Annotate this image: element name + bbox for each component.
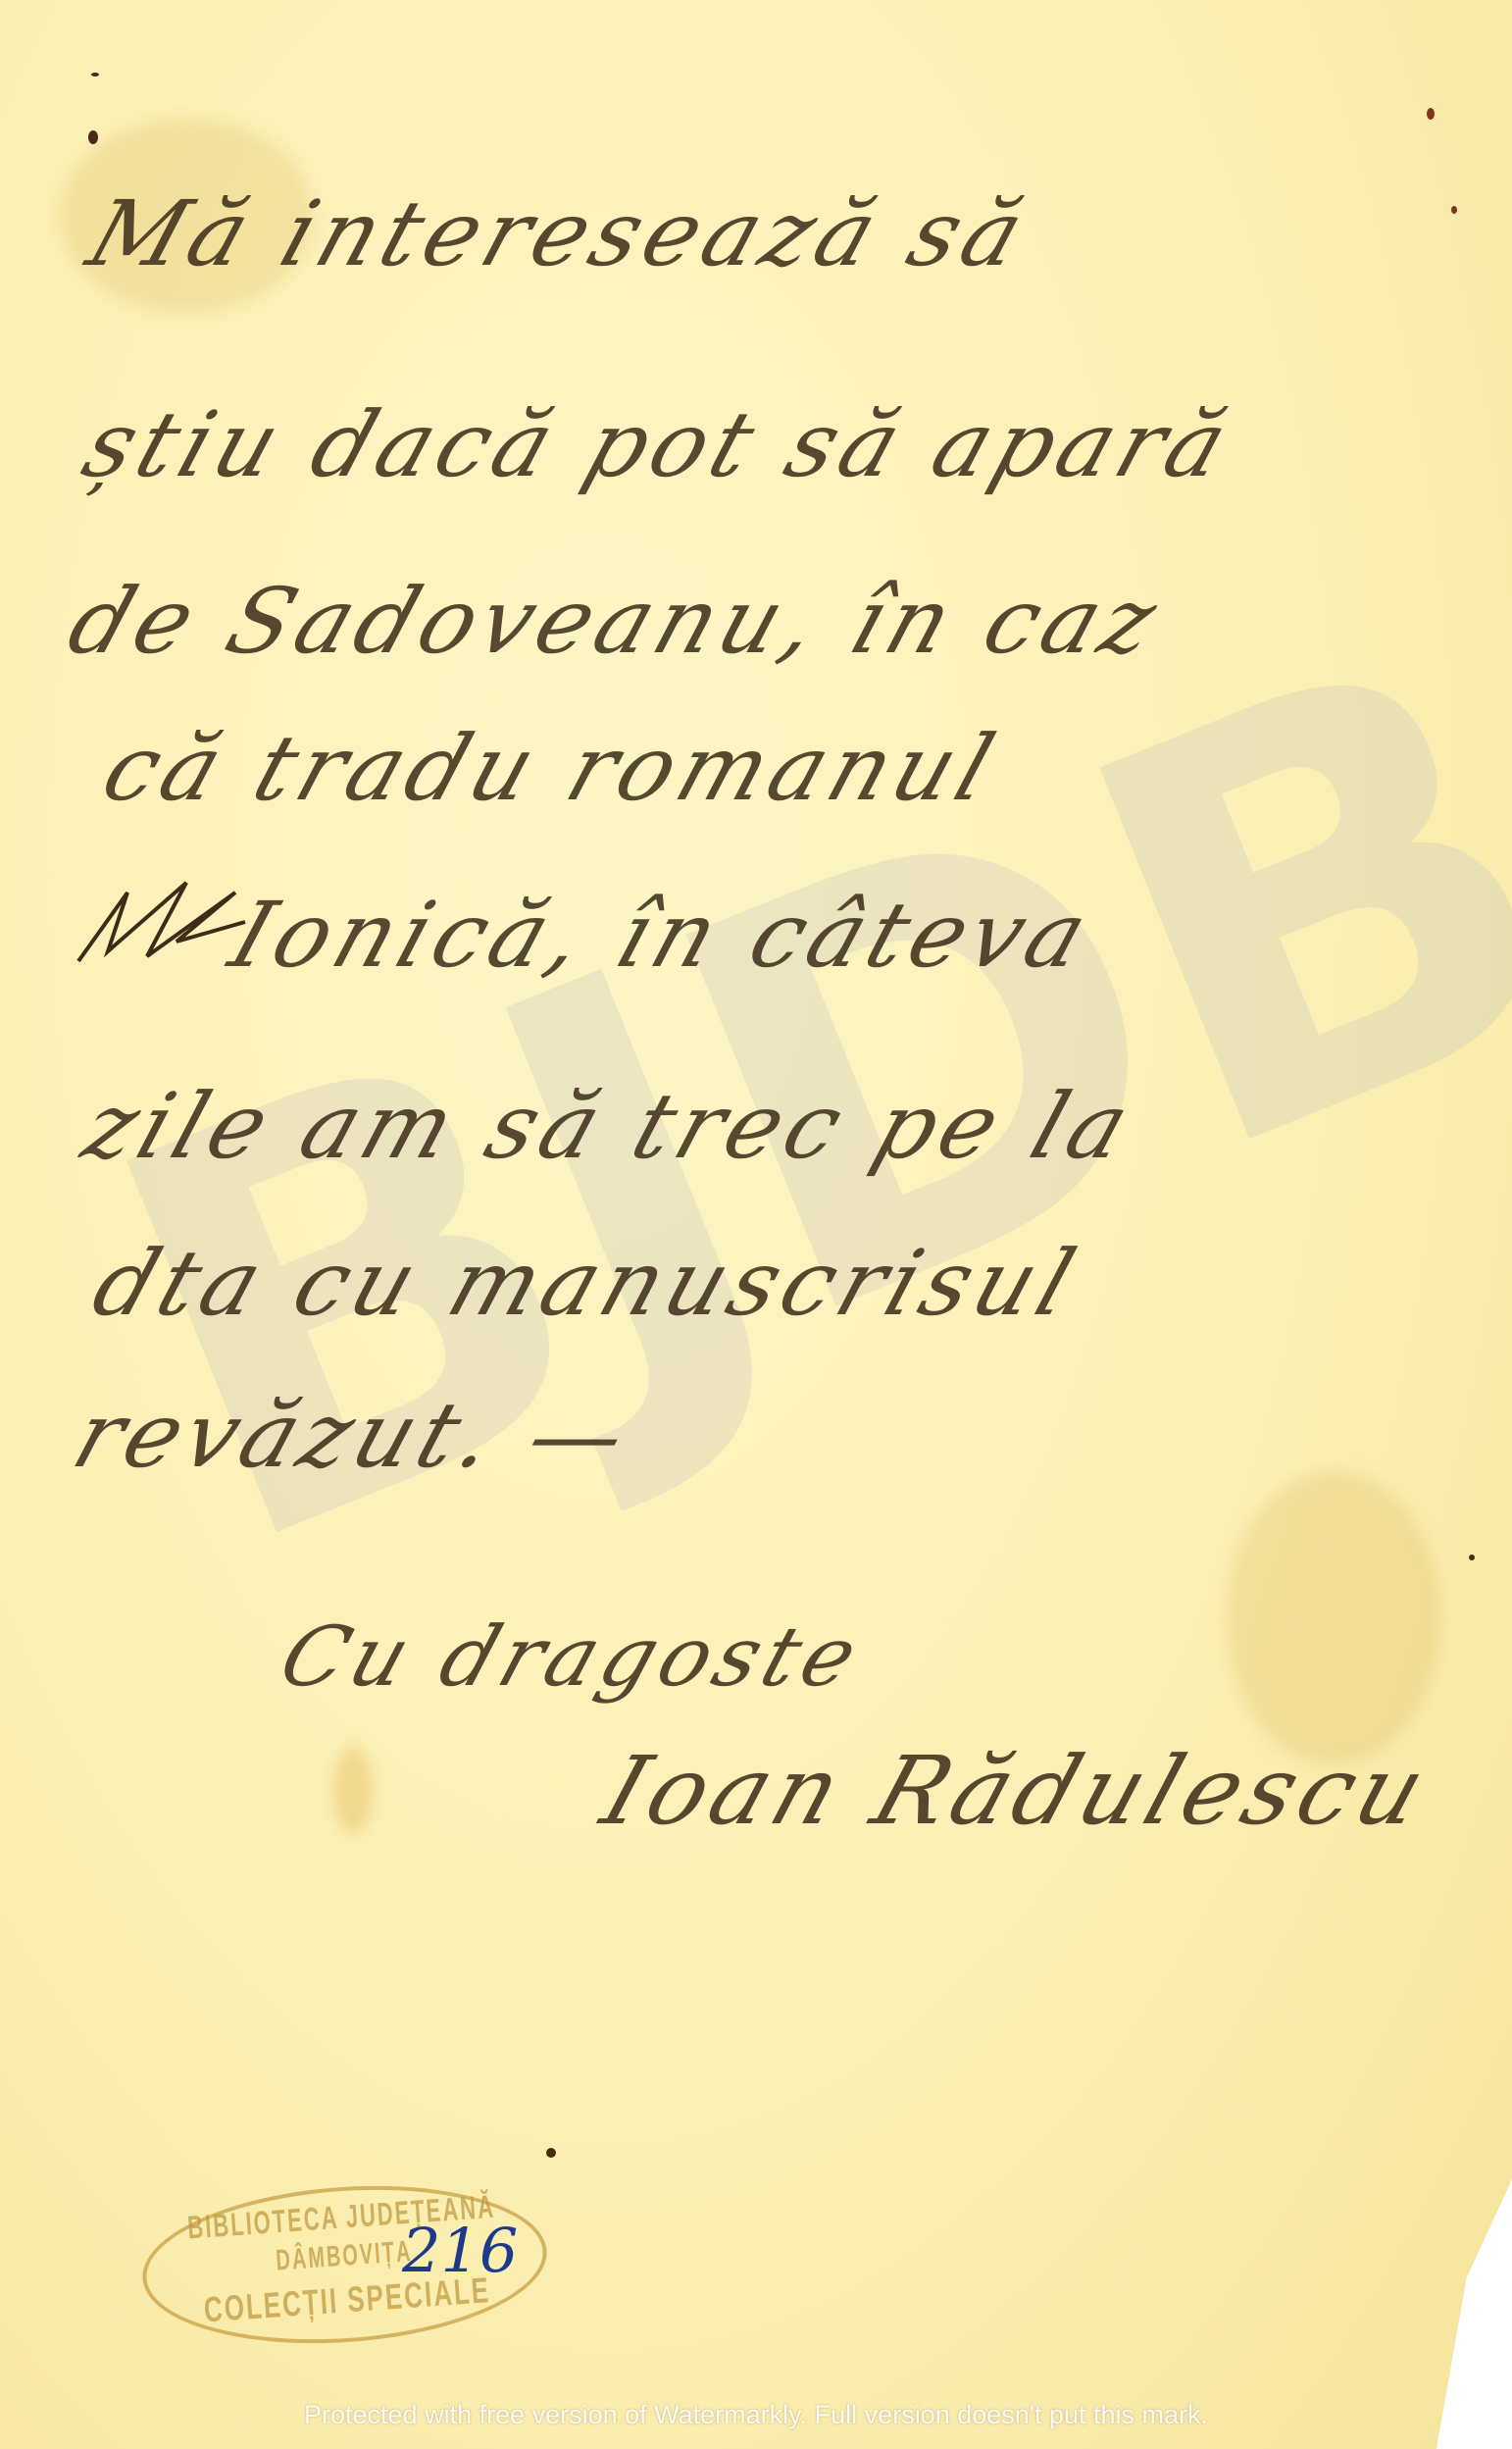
letter-page: BJDB Mă interesează să știu dacă pot să … (0, 0, 1512, 2449)
closing-salutation: Cu dragoste (269, 1608, 875, 1705)
ink-speck (88, 130, 98, 144)
ink-speck (546, 2148, 556, 2158)
handwritten-line-6: zile am să trec pe la (72, 1074, 1147, 1179)
handwritten-line-5: Ionică, în câteva (219, 883, 1106, 988)
handwritten-line-3: de Sadoveanu, în caz (57, 569, 1176, 674)
handwritten-line-1: Mă interesează să (76, 181, 1042, 286)
handwritten-line-2: știu dacă pot să apară (72, 392, 1245, 497)
handwritten-line-8: revăzut. — (62, 1383, 645, 1488)
paper-stain (333, 1746, 373, 1834)
handwritten-line-7: dta cu manuscrisul (81, 1231, 1092, 1336)
paper-stain (1226, 1471, 1441, 1765)
ink-speck (1469, 1555, 1475, 1560)
ink-speck (91, 73, 99, 77)
signature: Ioan Rădulescu (590, 1736, 1444, 1846)
ink-speck (1451, 206, 1457, 214)
shelf-number: 216 (402, 2215, 518, 2286)
handwritten-line-4: că tradu romanul (91, 716, 1012, 821)
ink-speck (1427, 108, 1435, 120)
watermark-footer: Protected with free version of Watermark… (0, 2400, 1512, 2430)
